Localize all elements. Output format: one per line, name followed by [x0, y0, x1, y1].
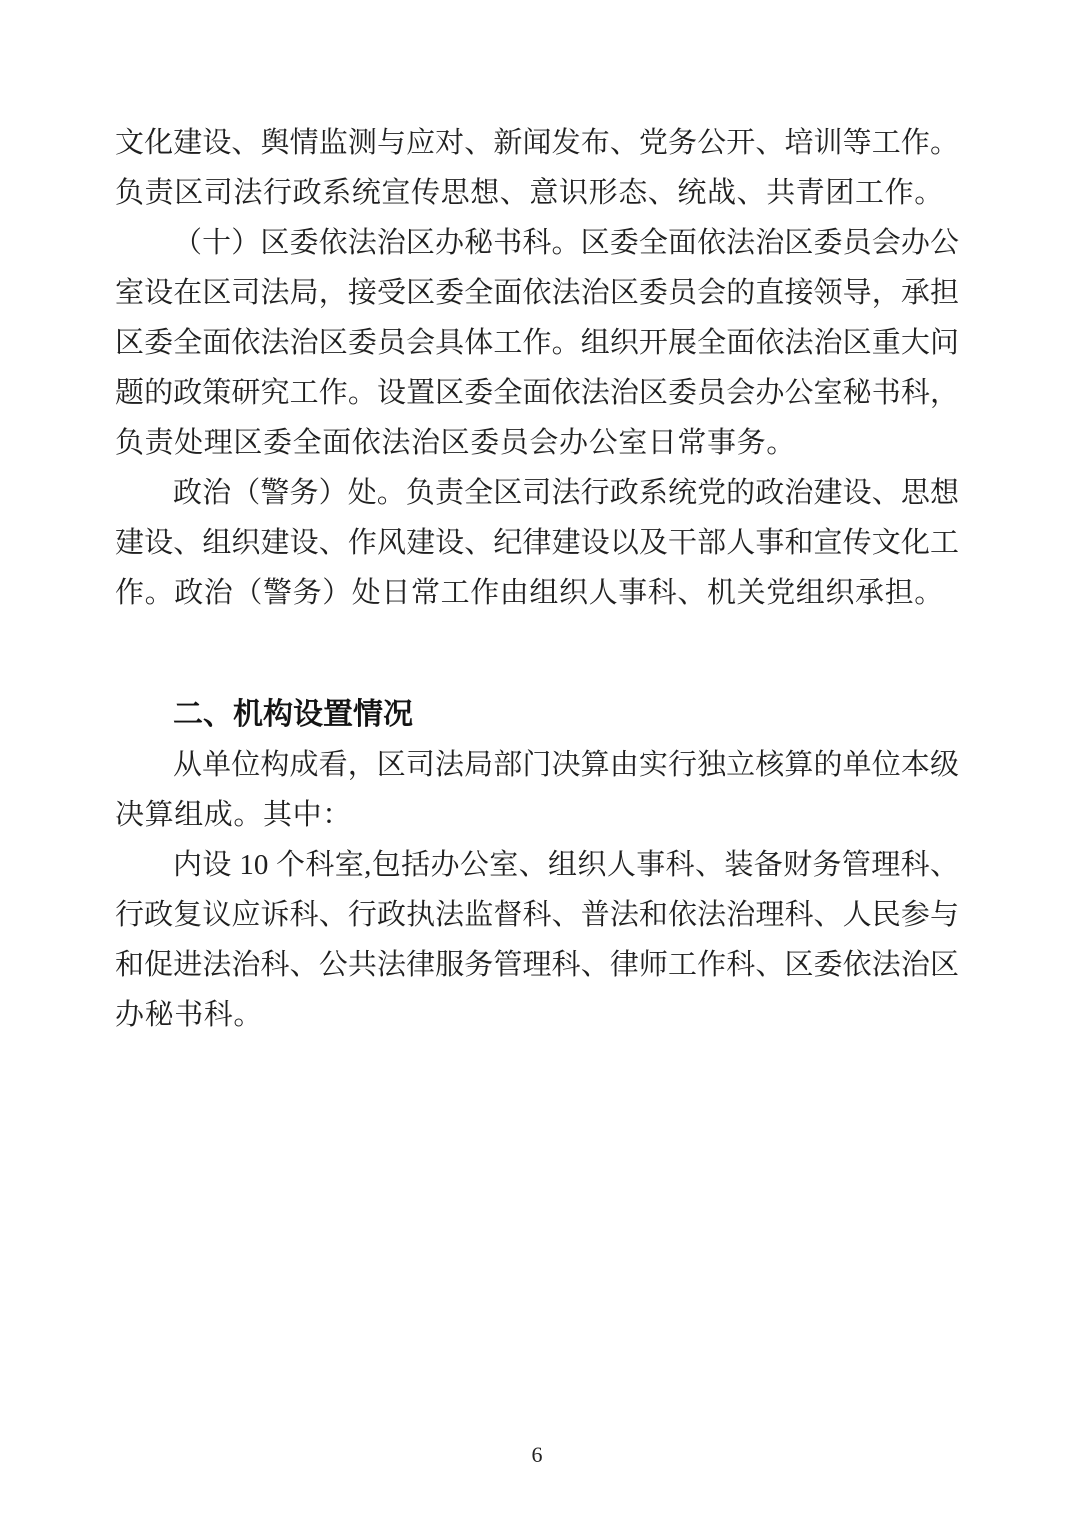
heading-section-two-organization: 二、机构设置情况 — [115, 690, 959, 740]
text-line: 作。政治（警务）处日常工作由组织人事科、机关党组织承担。 — [115, 568, 959, 618]
para-political-police-division: 政治（警务）处。负责全区司法行政系统党的政治建设、思想建设、组织建设、作风建设、… — [115, 468, 959, 618]
section-heading: 二、机构设置情况 — [115, 690, 959, 740]
text-line: 从单位构成看，区司法局部门决算由实行独立核算的单位本级 — [115, 740, 959, 790]
text-line: 办秘书科。 — [115, 990, 959, 1040]
para-publicity-work: 文化建设、舆情监测与应对、新闻发布、党务公开、培训等工作。负责区司法行政系统宣传… — [115, 118, 959, 218]
page-number: 6 — [0, 1440, 1074, 1470]
text-line: 建设、组织建设、作风建设、纪律建设以及干部人事和宣传文化工 — [115, 518, 959, 568]
text-line: 内设 10 个科室,包括办公室、组织人事科、装备财务管理科、 — [115, 840, 959, 890]
text-line: （十）区委依法治区办秘书科。区委全面依法治区委员会办公 — [115, 218, 959, 268]
text-line: 政治（警务）处。负责全区司法行政系统党的政治建设、思想 — [115, 468, 959, 518]
text-line: 负责区司法行政系统宣传思想、意识形态、统战、共青团工作。 — [115, 168, 959, 218]
text-line: 行政复议应诉科、行政执法监督科、普法和依法治理科、人民参与 — [115, 890, 959, 940]
text-line: 室设在区司法局，接受区委全面依法治区委员会的直接领导，承担 — [115, 268, 959, 318]
document-body: 文化建设、舆情监测与应对、新闻发布、党务公开、培训等工作。负责区司法行政系统宣传… — [115, 118, 959, 1040]
text-line: 和促进法治科、公共法律服务管理科、律师工作科、区委依法治区 — [115, 940, 959, 990]
document-page: 文化建设、舆情监测与应对、新闻发布、党务公开、培训等工作。负责区司法行政系统宣传… — [0, 0, 1074, 1520]
para-internal-sections: 内设 10 个科室,包括办公室、组织人事科、装备财务管理科、行政复议应诉科、行政… — [115, 840, 959, 1040]
text-line: 决算组成。其中： — [115, 790, 959, 840]
para-unit-composition: 从单位构成看，区司法局部门决算由实行独立核算的单位本级决算组成。其中： — [115, 740, 959, 840]
para-ten-secretary-section: （十）区委依法治区办秘书科。区委全面依法治区委员会办公室设在区司法局，接受区委全… — [115, 218, 959, 468]
text-line: 题的政策研究工作。设置区委全面依法治区委员会办公室秘书科， — [115, 368, 959, 418]
text-line: 文化建设、舆情监测与应对、新闻发布、党务公开、培训等工作。 — [115, 118, 959, 168]
text-line: 负责处理区委全面依法治区委员会办公室日常事务。 — [115, 418, 959, 468]
text-line: 区委全面依法治区委员会具体工作。组织开展全面依法治区重大问 — [115, 318, 959, 368]
